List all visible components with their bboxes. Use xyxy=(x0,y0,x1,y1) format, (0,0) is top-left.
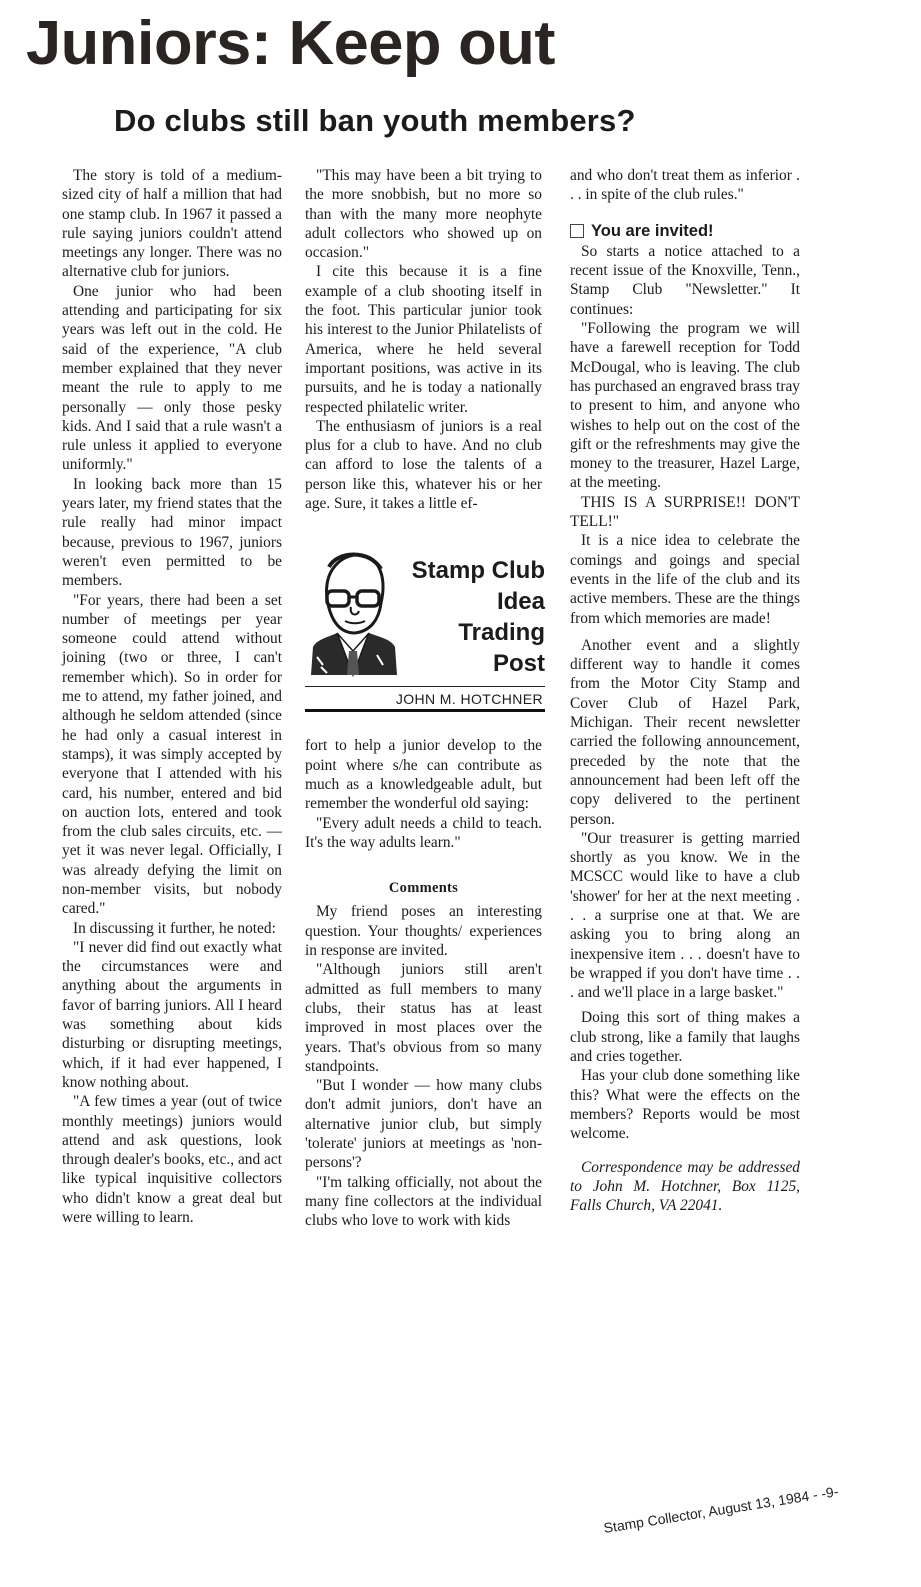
article-headline: Juniors: Keep out xyxy=(26,8,555,79)
comments-heading: Comments xyxy=(305,879,542,898)
paragraph: "Following the program we will have a fa… xyxy=(570,319,800,493)
source-citation: Stamp Collector, August 13, 1984 - -9- xyxy=(602,1483,839,1536)
paragraph: It is a nice idea to celebrate the comin… xyxy=(570,531,800,627)
paragraph: "I never did find out exactly what the c… xyxy=(62,938,282,1092)
paragraph: and who don't treat them as inferior . .… xyxy=(570,166,800,205)
correspondence-note: Correspondence may be addressed to John … xyxy=(570,1158,800,1216)
paragraph: The enthusiasm of juniors is a real plus… xyxy=(305,417,542,513)
section-heading-label: You are invited! xyxy=(591,222,714,241)
paragraph: I cite this because it is a fine example… xyxy=(305,262,542,416)
paragraph: My friend poses an interesting question.… xyxy=(305,902,542,960)
column-1: The story is told of a medium-sized city… xyxy=(62,166,282,1227)
logo-title-line: Trading xyxy=(412,617,545,648)
paragraph: THIS IS A SURPRISE!! DON'T TELL!" xyxy=(570,493,800,532)
author-byline: JOHN M. HOTCHNER xyxy=(396,690,543,709)
checkbox-icon xyxy=(570,224,584,238)
author-portrait-icon xyxy=(307,547,399,679)
paragraph: In looking back more than 15 years later… xyxy=(62,475,282,591)
logo-title-line: Post xyxy=(412,648,545,679)
column-logo: Stamp Club Idea Trading Post JOHN M. HOT… xyxy=(305,543,545,728)
paragraph: "A few times a year (out of twice monthl… xyxy=(62,1092,282,1227)
logo-title-line: Idea xyxy=(412,586,545,617)
paragraph: The story is told of a medium-sized city… xyxy=(62,166,282,282)
paragraph: "This may have been a bit trying to the … xyxy=(305,166,542,262)
paragraph: One junior who had been attending and pa… xyxy=(62,282,282,475)
paragraph: "Our treasurer is getting married shortl… xyxy=(570,829,800,1003)
paragraph: fort to help a junior develop to the poi… xyxy=(305,736,542,813)
column-3: and who don't treat them as inferior . .… xyxy=(570,166,800,1215)
column-2: "This may have been a bit trying to the … xyxy=(305,166,542,1230)
section-heading: You are invited! xyxy=(570,222,800,241)
column-logo-title: Stamp Club Idea Trading Post xyxy=(412,555,545,679)
paragraph: Has your club done something like this? … xyxy=(570,1066,800,1143)
paragraph: So starts a notice attached to a recent … xyxy=(570,242,800,319)
divider xyxy=(305,686,545,687)
paragraph: "Every adult needs a child to teach. It'… xyxy=(305,814,542,853)
logo-title-line: Stamp Club xyxy=(412,555,545,586)
paragraph: "But I wonder — how many clubs don't adm… xyxy=(305,1076,542,1172)
paragraph: Doing this sort of thing makes a club st… xyxy=(570,1008,800,1066)
article-subheadline: Do clubs still ban youth members? xyxy=(114,103,636,139)
paragraph: Another event and a slightly different w… xyxy=(570,636,800,829)
paragraph: In discussing it further, he noted: xyxy=(62,919,282,938)
paragraph: "I'm talking officially, not about the m… xyxy=(305,1173,542,1231)
divider xyxy=(305,709,545,712)
paragraph: "Although juniors still aren't admitted … xyxy=(305,960,542,1076)
paragraph: "For years, there had been a set number … xyxy=(62,591,282,919)
